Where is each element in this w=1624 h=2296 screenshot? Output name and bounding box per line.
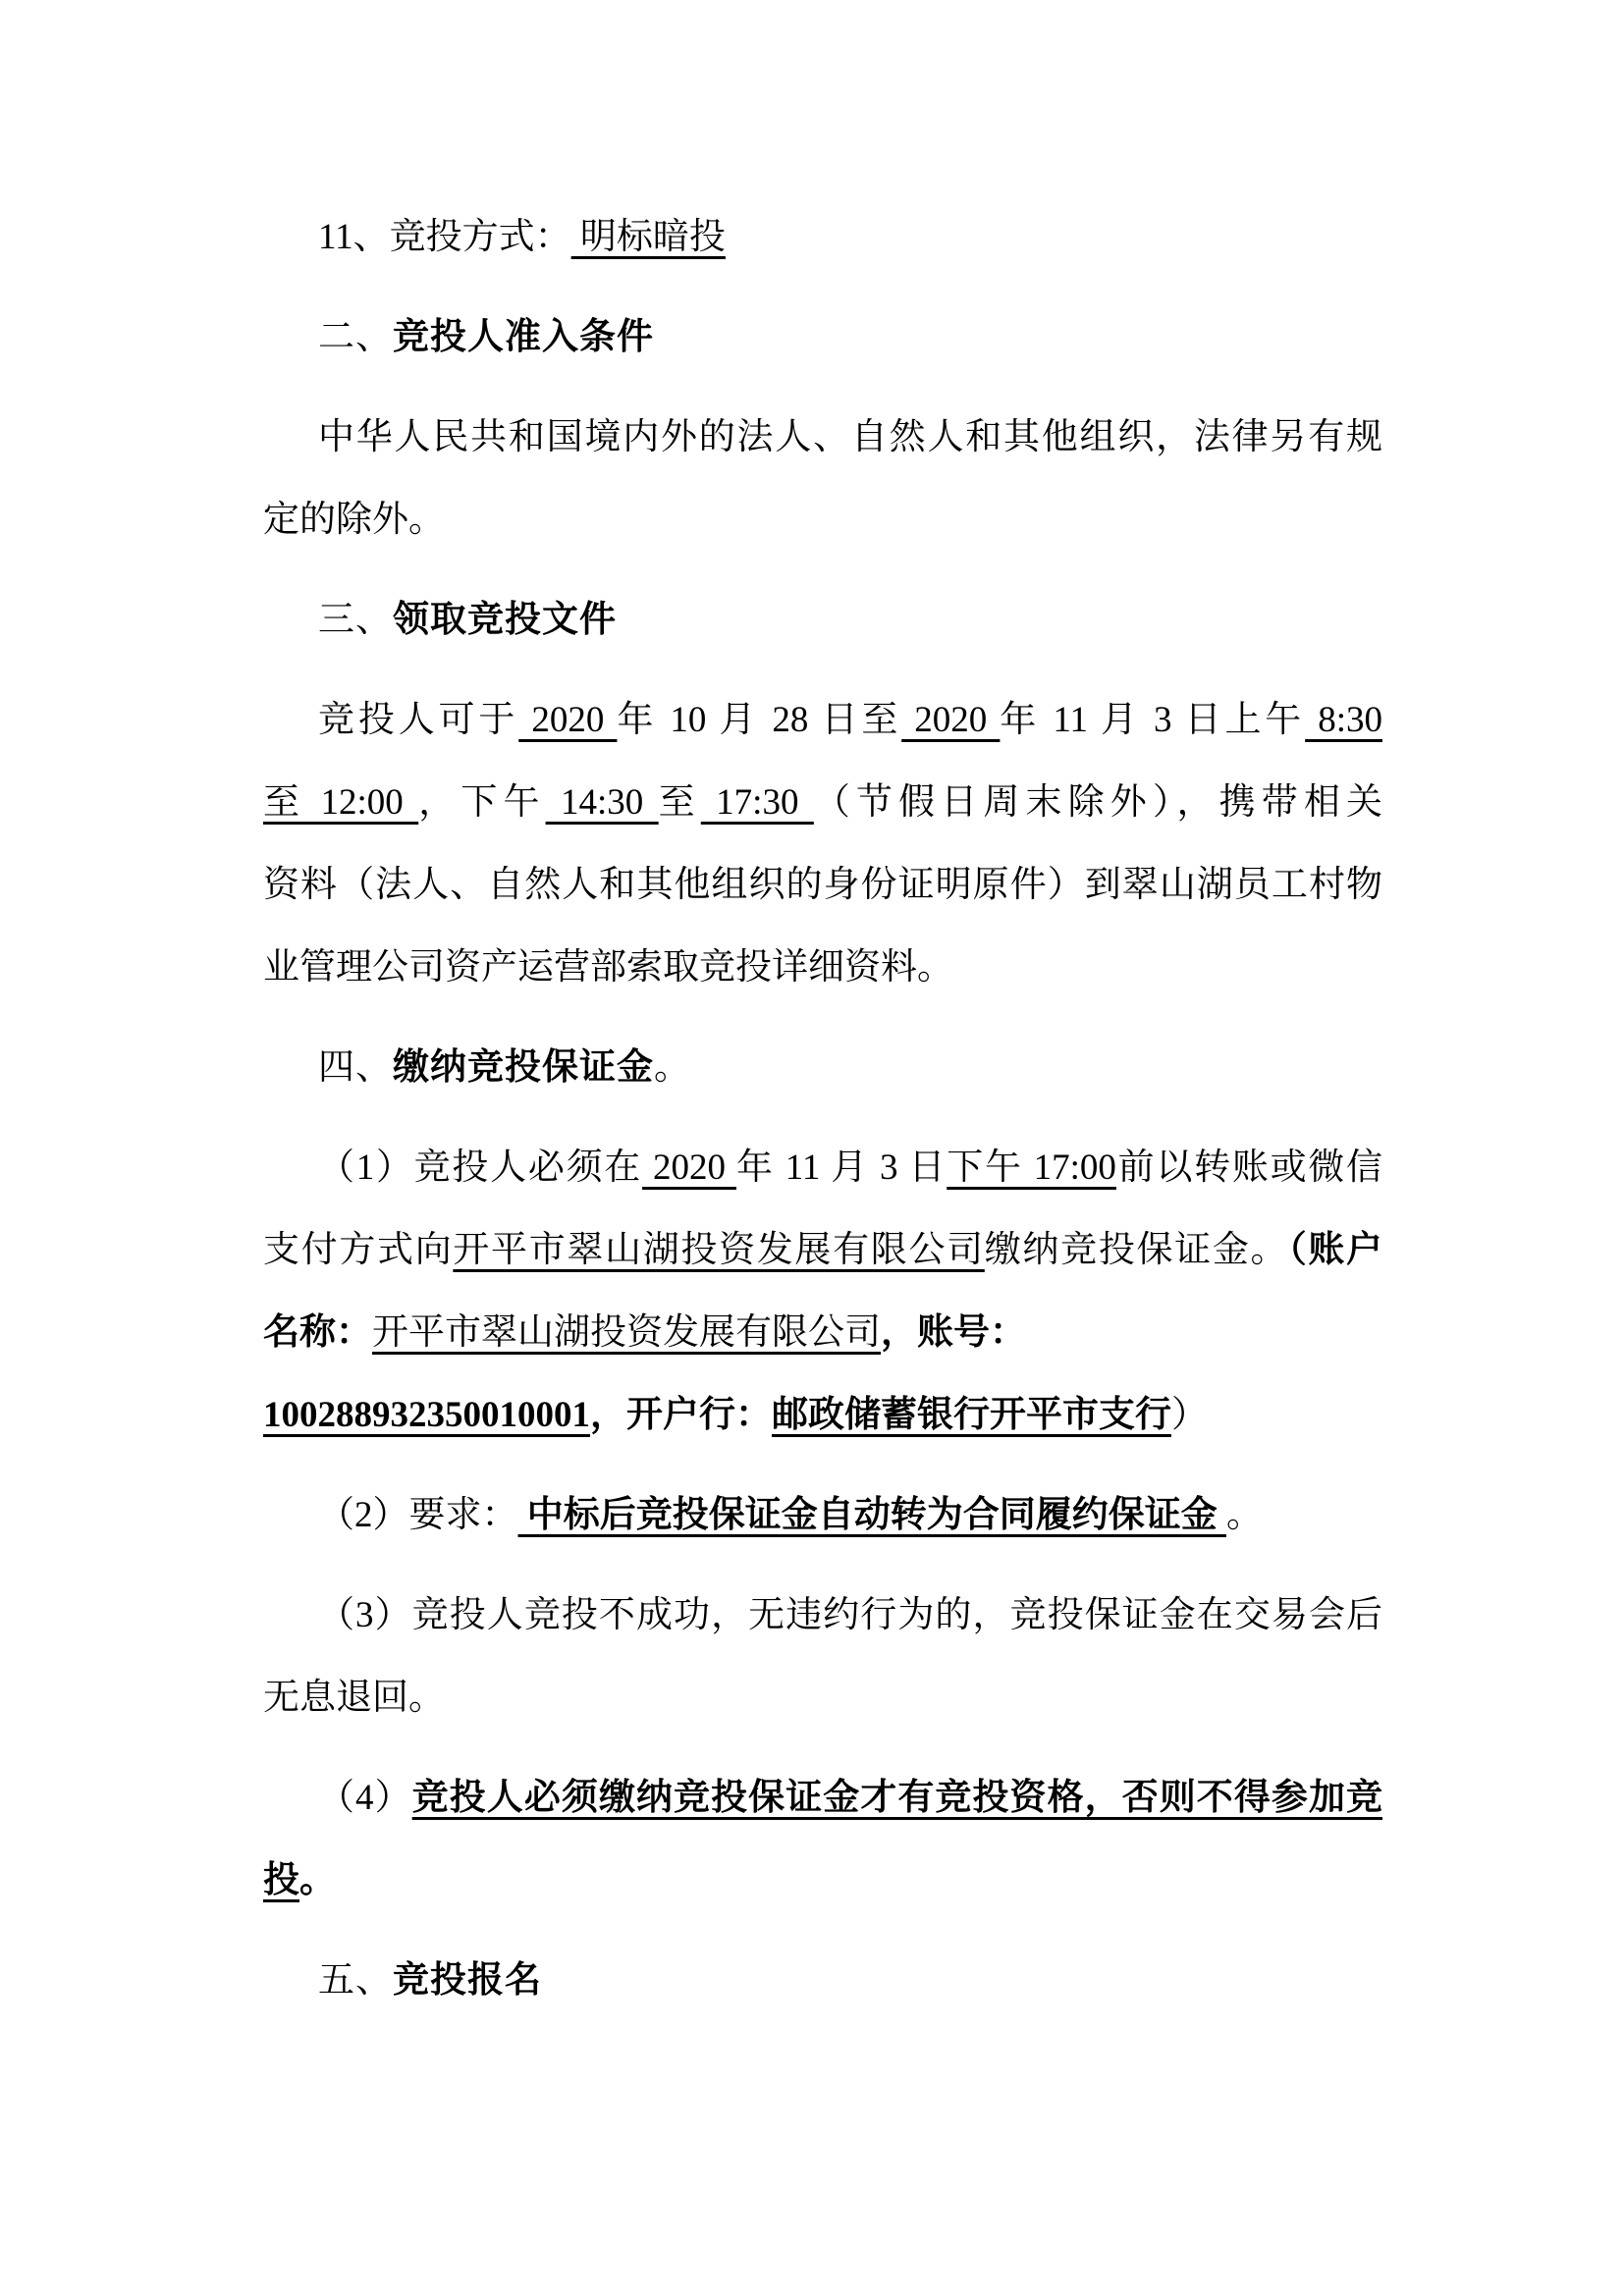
text-run: 竞投报名 [393, 1960, 542, 2001]
text-run: 17:30 [701, 782, 814, 823]
para-deposit-item-3: （3）竞投人竞投不成功，无违约行为的，竞投保证金在交易会后无息退回。 [263, 1575, 1382, 1739]
item-11-bidding-method: 11、竞投方式： 明标暗投 [263, 196, 1382, 279]
para-deposit-item-1-line-1: （1）竞投人必须在 2020 年 11 月 3 日下午 17:00前以转账或微信 [263, 1127, 1382, 1209]
para-deposit-item-3-line-2: 无息退回。 [263, 1657, 1382, 1739]
text-run: 年 11 月 3 日上午 [1000, 700, 1305, 740]
para-collect-documents-line-1: 竞投人可于 2020 年 10 月 28 日至 2020 年 11 月 3 日上… [263, 679, 1382, 762]
para-deposit-item-1-line-3: 名称：开平市翠山湖投资发展有限公司，账号： [263, 1292, 1382, 1374]
text-run: （1）竞投人必须在 [318, 1148, 642, 1188]
text-run: 明标暗投 [571, 217, 726, 257]
para-collect-documents-line-4: 业管理公司资产运营部索取竞投详细资料。 [263, 927, 1382, 1009]
text-run: 开平市翠山湖投资发展有限公司 [372, 1312, 881, 1353]
document-page: 11、竞投方式： 明标暗投二、竞投人准入条件中华人民共和国境内外的法人、自然人和… [0, 0, 1624, 2296]
text-run: 2020 [642, 1148, 736, 1188]
text-run: 资料（法人、自然人和其他组织的身份证明原件）到翠山湖员工村物 [263, 865, 1382, 905]
text-run: 四、 [318, 1047, 393, 1088]
text-run: 邮政储蓄银行开平市支行 [772, 1395, 1171, 1435]
para-eligibility-line-1: 中华人民共和国境内外的法人、自然人和其他组织，法律另有规 [263, 397, 1382, 479]
text-run: ，下午 [418, 782, 545, 823]
text-run: ） [1171, 1395, 1208, 1435]
text-run: 竞投人准入条件 [393, 317, 654, 357]
text-run: 中标后竞投保证金自动转为合同履约保证金 [518, 1495, 1227, 1535]
document-body: 11、竞投方式： 明标暗投二、竞投人准入条件中华人民共和国境内外的法人、自然人和… [263, 196, 1382, 2040]
item-11-bidding-method-line-1: 11、竞投方式： 明标暗投 [263, 196, 1382, 279]
text-run: 三、 [318, 600, 393, 640]
text-run: 下午 17:00 [947, 1148, 1116, 1188]
text-run: （节假日周末除外），携带相关 [814, 782, 1382, 823]
para-deposit-item-1-line-2: 支付方式向开平市翠山湖投资发展有限公司缴纳竞投保证金。（账户 [263, 1209, 1382, 1292]
text-run: 100288932350010001 [263, 1395, 590, 1435]
para-collect-documents-line-3: 资料（法人、自然人和其他组织的身份证明原件）到翠山湖员工村物 [263, 844, 1382, 927]
heading-section-2-bidder-eligibility: 二、竞投人准入条件 [263, 296, 1382, 379]
para-deposit-item-2: （2）要求： 中标后竞投保证金自动转为合同履约保证金 。 [263, 1474, 1382, 1557]
text-run: 缴纳竞投保证金。 [985, 1230, 1288, 1270]
text-run: （2）要求： [318, 1495, 518, 1535]
text-run: 名称： [263, 1312, 372, 1353]
heading-section-5-bid-registration: 五、竞投报名 [263, 1940, 1382, 2022]
text-run: 业管理公司资产运营部索取竞投详细资料。 [263, 947, 953, 988]
text-run: 开平市翠山湖投资发展有限公司 [453, 1230, 984, 1270]
text-run: 定的除外。 [263, 500, 445, 540]
text-run: 。 [654, 1047, 691, 1088]
text-run: 14:30 [546, 782, 659, 823]
text-run: 竞投人必须缴纳竞投保证金才有竞投资格，否则不得参加竞 [412, 1778, 1382, 1818]
text-run: 年 11 月 3 日 [736, 1148, 947, 1188]
text-run: 11、竞投方式： [318, 217, 571, 257]
text-run: 竞投人可于 [318, 700, 518, 740]
text-run: 。 [299, 1860, 336, 1900]
text-run: 。 [1226, 1495, 1263, 1535]
heading-section-5-bid-registration-line-1: 五、竞投报名 [263, 1940, 1382, 2022]
text-run: 前以转账或微信 [1116, 1148, 1382, 1188]
heading-section-3-collect-bid-documents: 三、领取竞投文件 [263, 579, 1382, 662]
text-run: 领取竞投文件 [393, 600, 617, 640]
text-run: 中华人民共和国境内外的法人、自然人和其他组织，法律另有规 [318, 417, 1382, 457]
para-deposit-item-4: （4）竞投人必须缴纳竞投保证金才有竞投资格，否则不得参加竞投。 [263, 1757, 1382, 1922]
text-run: 2020 [901, 700, 1000, 740]
para-deposit-item-1-line-4: 100288932350010001，开户行：邮政储蓄银行开平市支行） [263, 1374, 1382, 1457]
para-collect-documents: 竞投人可于 2020 年 10 月 28 日至 2020 年 11 月 3 日上… [263, 679, 1382, 1009]
heading-section-3-collect-bid-documents-line-1: 三、领取竞投文件 [263, 579, 1382, 662]
para-deposit-item-4-line-1: （4）竞投人必须缴纳竞投保证金才有竞投资格，否则不得参加竞 [263, 1757, 1382, 1840]
para-deposit-item-4-line-2: 投。 [263, 1840, 1382, 1922]
text-run: 至 12:00 [263, 782, 418, 823]
text-run: 年 10 月 28 日至 [617, 700, 901, 740]
para-deposit-item-1: （1）竞投人必须在 2020 年 11 月 3 日下午 17:00前以转账或微信… [263, 1127, 1382, 1457]
text-run: 至 [659, 782, 701, 823]
text-run: 8:30 [1305, 700, 1382, 740]
text-run: 五、 [318, 1960, 393, 2001]
text-run: （账户 [1288, 1230, 1382, 1270]
text-run: 投 [263, 1860, 299, 1900]
text-run: ，开户行： [590, 1395, 772, 1435]
text-run: 2020 [518, 700, 617, 740]
text-run: （3）竞投人竞投不成功，无违约行为的，竞投保证金在交易会后 [318, 1595, 1382, 1635]
para-eligibility-line-2: 定的除外。 [263, 479, 1382, 561]
text-run: 支付方式向 [263, 1230, 453, 1270]
heading-section-4-pay-bid-deposit-line-1: 四、缴纳竞投保证金。 [263, 1027, 1382, 1109]
text-run: 二、 [318, 317, 393, 357]
text-run: （4） [318, 1778, 412, 1818]
text-run: ，账号： [881, 1312, 1026, 1353]
text-run: 无息退回。 [263, 1678, 445, 1718]
para-eligibility: 中华人民共和国境内外的法人、自然人和其他组织，法律另有规定的除外。 [263, 397, 1382, 561]
para-deposit-item-3-line-1: （3）竞投人竞投不成功，无违约行为的，竞投保证金在交易会后 [263, 1575, 1382, 1657]
para-deposit-item-2-line-1: （2）要求： 中标后竞投保证金自动转为合同履约保证金 。 [263, 1474, 1382, 1557]
heading-section-2-bidder-eligibility-line-1: 二、竞投人准入条件 [263, 296, 1382, 379]
heading-section-4-pay-bid-deposit: 四、缴纳竞投保证金。 [263, 1027, 1382, 1109]
para-collect-documents-line-2: 至 12:00 ，下午 14:30 至 17:30 （节假日周末除外），携带相关 [263, 762, 1382, 844]
text-run: 缴纳竞投保证金 [393, 1047, 654, 1088]
